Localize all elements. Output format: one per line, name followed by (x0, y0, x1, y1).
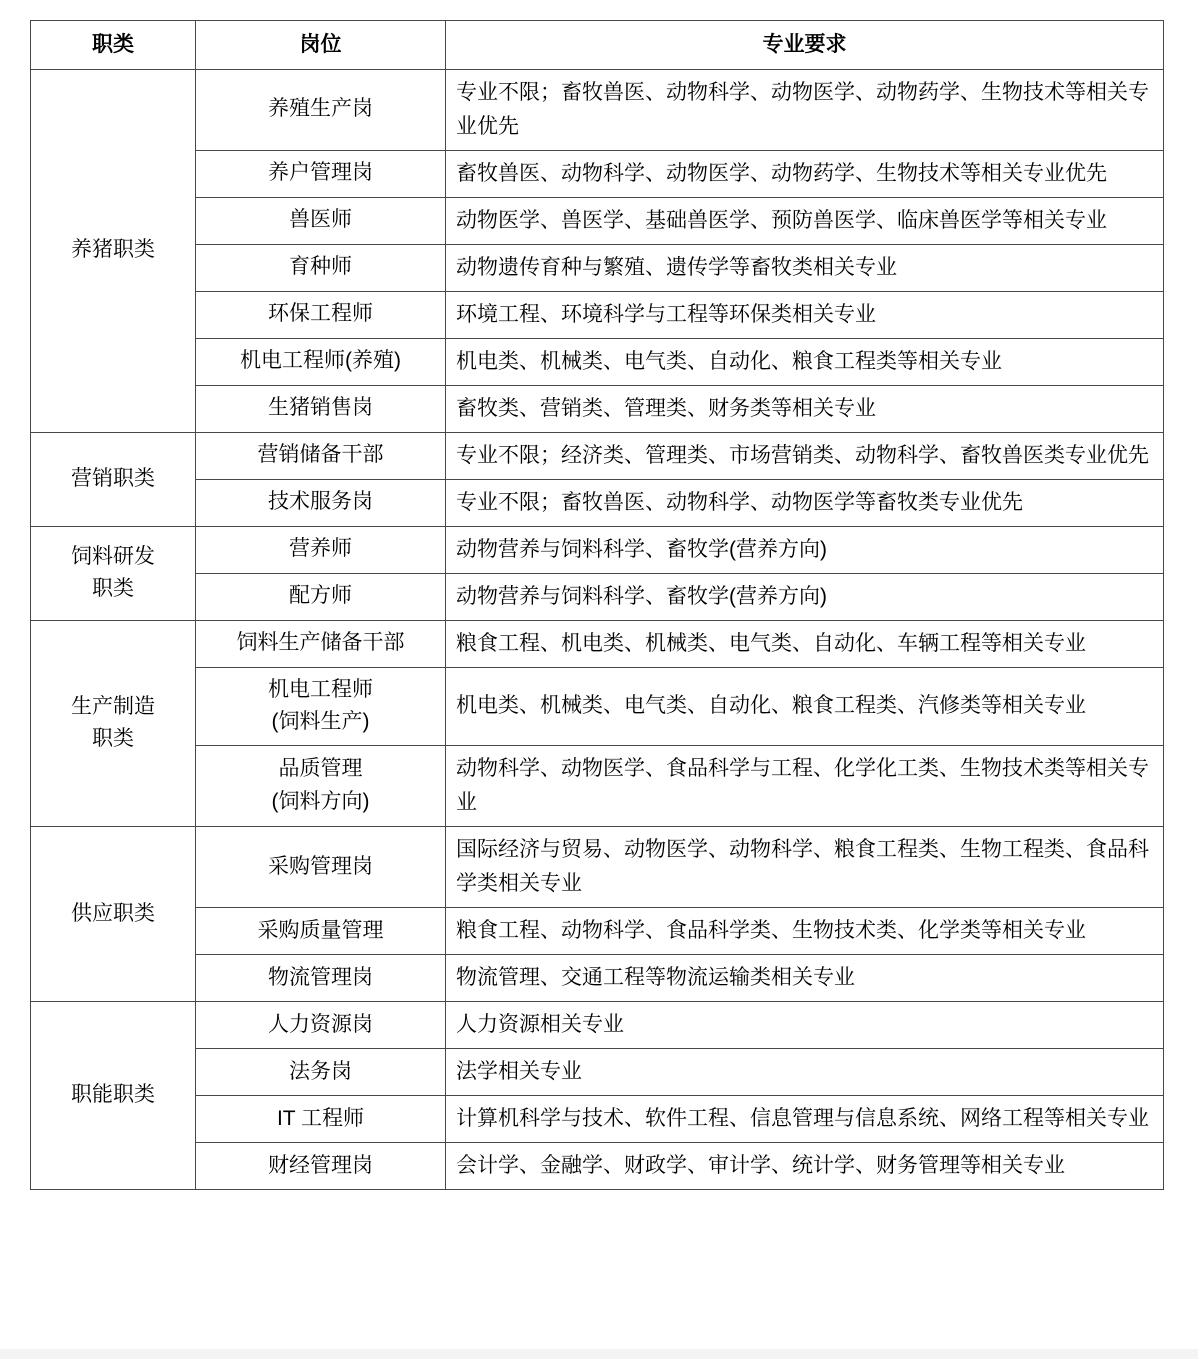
table-row: 兽医师动物医学、兽医学、基础兽医学、预防兽医学、临床兽医学等相关专业 (31, 197, 1164, 244)
table-row: 财经管理岗会计学、金融学、财政学、审计学、统计学、财务管理等相关专业 (31, 1142, 1164, 1189)
header-position: 岗位 (196, 21, 446, 70)
position-cell: 人力资源岗 (196, 1001, 446, 1048)
requirement-cell: 动物营养与饲料科学、畜牧学(营养方向) (446, 526, 1164, 573)
position-cell: IT 工程师 (196, 1095, 446, 1142)
header-requirement: 专业要求 (446, 21, 1164, 70)
table-row: 法务岗法学相关专业 (31, 1048, 1164, 1095)
table-row: 生猪销售岗畜牧类、营销类、管理类、财务类等相关专业 (31, 385, 1164, 432)
category-cell: 生产制造 职类 (31, 620, 196, 826)
table-row: 养户管理岗畜牧兽医、动物科学、动物医学、动物药学、生物技术等相关专业优先 (31, 150, 1164, 197)
table-row: 职能职类人力资源岗人力资源相关专业 (31, 1001, 1164, 1048)
category-cell: 养猪职类 (31, 69, 196, 432)
requirement-cell: 机电类、机械类、电气类、自动化、粮食工程类、汽修类等相关专业 (446, 667, 1164, 745)
requirement-cell: 粮食工程、动物科学、食品科学类、生物技术类、化学类等相关专业 (446, 907, 1164, 954)
category-cell: 饲料研发 职类 (31, 526, 196, 620)
requirement-cell: 动物遗传育种与繁殖、遗传学等畜牧类相关专业 (446, 244, 1164, 291)
position-cell: 采购管理岗 (196, 826, 446, 907)
requirement-cell: 国际经济与贸易、动物医学、动物科学、粮食工程类、生物工程类、食品科学类相关专业 (446, 826, 1164, 907)
table-row: 供应职类采购管理岗国际经济与贸易、动物医学、动物科学、粮食工程类、生物工程类、食… (31, 826, 1164, 907)
position-cell: 养户管理岗 (196, 150, 446, 197)
table-body: 养猪职类养殖生产岗专业不限；畜牧兽医、动物科学、动物医学、动物药学、生物技术等相… (31, 69, 1164, 1189)
bottom-page-strip (0, 1349, 1198, 1359)
table-row: 饲料研发 职类营养师动物营养与饲料科学、畜牧学(营养方向) (31, 526, 1164, 573)
table-row: 物流管理岗物流管理、交通工程等物流运输类相关专业 (31, 954, 1164, 1001)
job-requirements-table: 职类 岗位 专业要求 养猪职类养殖生产岗专业不限；畜牧兽医、动物科学、动物医学、… (30, 20, 1164, 1190)
position-cell: 采购质量管理 (196, 907, 446, 954)
position-cell: 法务岗 (196, 1048, 446, 1095)
requirement-cell: 机电类、机械类、电气类、自动化、粮食工程类等相关专业 (446, 338, 1164, 385)
requirement-cell: 计算机科学与技术、软件工程、信息管理与信息系统、网络工程等相关专业 (446, 1095, 1164, 1142)
requirement-cell: 物流管理、交通工程等物流运输类相关专业 (446, 954, 1164, 1001)
position-cell: 物流管理岗 (196, 954, 446, 1001)
requirement-cell: 专业不限；畜牧兽医、动物科学、动物医学、动物药学、生物技术等相关专业优先 (446, 69, 1164, 150)
requirement-cell: 粮食工程、机电类、机械类、电气类、自动化、车辆工程等相关专业 (446, 620, 1164, 667)
requirement-cell: 动物医学、兽医学、基础兽医学、预防兽医学、临床兽医学等相关专业 (446, 197, 1164, 244)
position-cell: 饲料生产储备干部 (196, 620, 446, 667)
requirement-cell: 动物营养与饲料科学、畜牧学(营养方向) (446, 573, 1164, 620)
position-cell: 机电工程师(养殖) (196, 338, 446, 385)
position-cell: 养殖生产岗 (196, 69, 446, 150)
table-header-row: 职类 岗位 专业要求 (31, 21, 1164, 70)
table-row: 品质管理 (饲料方向)动物科学、动物医学、食品科学与工程、化学化工类、生物技术类… (31, 745, 1164, 826)
requirement-cell: 法学相关专业 (446, 1048, 1164, 1095)
position-cell: 财经管理岗 (196, 1142, 446, 1189)
requirement-cell: 环境工程、环境科学与工程等环保类相关专业 (446, 291, 1164, 338)
category-cell: 供应职类 (31, 826, 196, 1001)
requirement-cell: 专业不限；经济类、管理类、市场营销类、动物科学、畜牧兽医类专业优先 (446, 432, 1164, 479)
category-cell: 营销职类 (31, 432, 196, 526)
table-row: 营销职类营销储备干部专业不限；经济类、管理类、市场营销类、动物科学、畜牧兽医类专… (31, 432, 1164, 479)
position-cell: 机电工程师 (饲料生产) (196, 667, 446, 745)
table-row: IT 工程师计算机科学与技术、软件工程、信息管理与信息系统、网络工程等相关专业 (31, 1095, 1164, 1142)
requirement-cell: 人力资源相关专业 (446, 1001, 1164, 1048)
table-row: 采购质量管理粮食工程、动物科学、食品科学类、生物技术类、化学类等相关专业 (31, 907, 1164, 954)
requirement-cell: 专业不限；畜牧兽医、动物科学、动物医学等畜牧类专业优先 (446, 479, 1164, 526)
position-cell: 兽医师 (196, 197, 446, 244)
position-cell: 营养师 (196, 526, 446, 573)
requirement-cell: 畜牧类、营销类、管理类、财务类等相关专业 (446, 385, 1164, 432)
table-row: 生产制造 职类饲料生产储备干部粮食工程、机电类、机械类、电气类、自动化、车辆工程… (31, 620, 1164, 667)
requirement-cell: 动物科学、动物医学、食品科学与工程、化学化工类、生物技术类等相关专业 (446, 745, 1164, 826)
table-row: 育种师动物遗传育种与繁殖、遗传学等畜牧类相关专业 (31, 244, 1164, 291)
table-row: 技术服务岗专业不限；畜牧兽医、动物科学、动物医学等畜牧类专业优先 (31, 479, 1164, 526)
requirement-cell: 会计学、金融学、财政学、审计学、统计学、财务管理等相关专业 (446, 1142, 1164, 1189)
table-row: 养猪职类养殖生产岗专业不限；畜牧兽医、动物科学、动物医学、动物药学、生物技术等相… (31, 69, 1164, 150)
position-cell: 品质管理 (饲料方向) (196, 745, 446, 826)
header-category: 职类 (31, 21, 196, 70)
position-cell: 营销储备干部 (196, 432, 446, 479)
table-row: 配方师动物营养与饲料科学、畜牧学(营养方向) (31, 573, 1164, 620)
position-cell: 生猪销售岗 (196, 385, 446, 432)
position-cell: 环保工程师 (196, 291, 446, 338)
table-row: 机电工程师 (饲料生产)机电类、机械类、电气类、自动化、粮食工程类、汽修类等相关… (31, 667, 1164, 745)
category-cell: 职能职类 (31, 1001, 196, 1189)
table-row: 机电工程师(养殖)机电类、机械类、电气类、自动化、粮食工程类等相关专业 (31, 338, 1164, 385)
requirement-cell: 畜牧兽医、动物科学、动物医学、动物药学、生物技术等相关专业优先 (446, 150, 1164, 197)
position-cell: 育种师 (196, 244, 446, 291)
position-cell: 技术服务岗 (196, 479, 446, 526)
table-row: 环保工程师环境工程、环境科学与工程等环保类相关专业 (31, 291, 1164, 338)
position-cell: 配方师 (196, 573, 446, 620)
